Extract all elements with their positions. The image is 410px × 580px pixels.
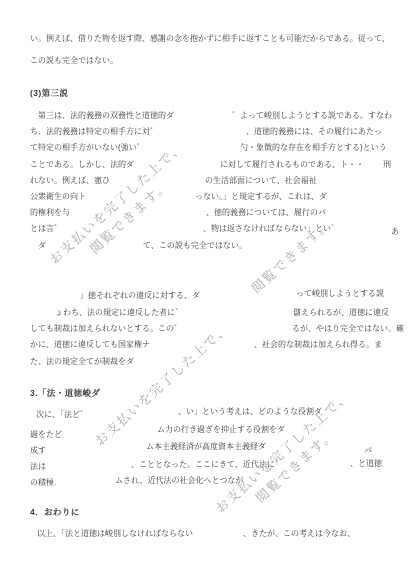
text-fragment: パ [364,445,372,456]
text-fragment: って峻別しようとする説 [296,288,384,299]
text-fragment: 公衆衛生の向ト [30,191,86,202]
text-fragment: の生活部面について、社会福祉 [205,175,317,186]
text-fragment: 、きたが、この考えは今なお、 [243,528,355,539]
text-fragment: 、物は返さなければならない」とい゛ [203,223,339,234]
text-fragment: い。例えば、借りた物を返す際、感謝の念を抱かずに相手に返すことも可能だからである… [30,33,390,44]
text-fragment: 、い」という考えは、どのような役割ダ [178,406,322,417]
text-fragment: 、社会的な制裁は加えられ得る。ま [254,339,382,350]
text-fragment: ち、法的義務は特定の相手方に対゛ [30,126,158,137]
text-fragment: れない。例えば、憲ひ [30,175,110,186]
text-fragment: ム力の行き過ぎを抑止する役割をダ [157,424,285,435]
section-heading: 3.「法・道徳峻ダ [30,388,100,399]
text-fragment: とは言゛ [30,223,62,234]
text-fragment: 以上、「法と道徳は峻別しなければならない [37,528,193,539]
text-fragment: ムされ、近代法の社会化へとつなが [115,475,243,486]
text-fragment: 、と道徳 [350,458,382,469]
text-fragment: 的権利を与 [30,207,70,218]
text-fragment: ことである。しかし、法的ダ [30,159,134,170]
text-fragment: 第三は、法的義務の双務性と道徳的ダ [38,110,174,121]
text-fragment: るが、やはり完全ではない。確 [292,323,404,334]
text-fragment: ょわち、法の規定に違反した者に゛ [55,307,183,318]
text-fragment: て、この説も完全ではない。 [143,240,247,251]
text-fragment: 刑 [383,159,391,170]
text-fragment: 、徳的義務については、履行のパ [206,207,326,218]
text-fragment: 、こととなった。ここにきて、近代法に゛ [131,459,283,470]
text-fragment: あ [391,226,399,237]
text-fragment: っない。」と規定するが、これは、ダ [195,191,327,202]
text-fragment: 法は [30,461,46,472]
text-fragment: 成す [30,445,46,456]
text-fragment: 、道徳的義務には、その履行にあたっ [246,126,382,137]
document-page: い。例えば、借りた物を返す際、感謝の念を抱かずに相手に返すことも可能だからである… [0,0,410,580]
text-fragment: ダ [38,240,46,251]
text-fragment: ム本主義経済が高度資本主義経ダ [146,441,266,452]
text-fragment: た、法の規定全てが制裁をダ [30,356,134,367]
text-fragment: の積極. [30,477,56,488]
text-fragment: 」徳それぞれの違反に対する、ダ [80,290,200,301]
text-fragment: この説も完全ではない。 [30,55,118,66]
text-fragment: ゛よって峻別しようとする説である。すなわ [232,110,392,121]
text-fragment: 次に、「法ど゛ [36,409,88,420]
text-fragment: て特定の相手方がいない(強い゛ [30,142,145,153]
text-fragment: 勺・象徴的な存在を相手方とする)という [240,142,387,153]
text-fragment: 過をたど [30,429,62,440]
section-heading: (3)第三説 [30,88,68,99]
text-fragment: 儲えられるが、道徳に違反 [293,307,389,318]
text-fragment: しても制裁は加えられないとする。この゛ [30,323,182,334]
text-fragment: かに、道徳に違反しても国家権ナ [30,339,150,350]
section-heading: 4．おわりに [30,507,80,518]
text-fragment: に対して履行されるものである、ト・・ [220,159,364,170]
